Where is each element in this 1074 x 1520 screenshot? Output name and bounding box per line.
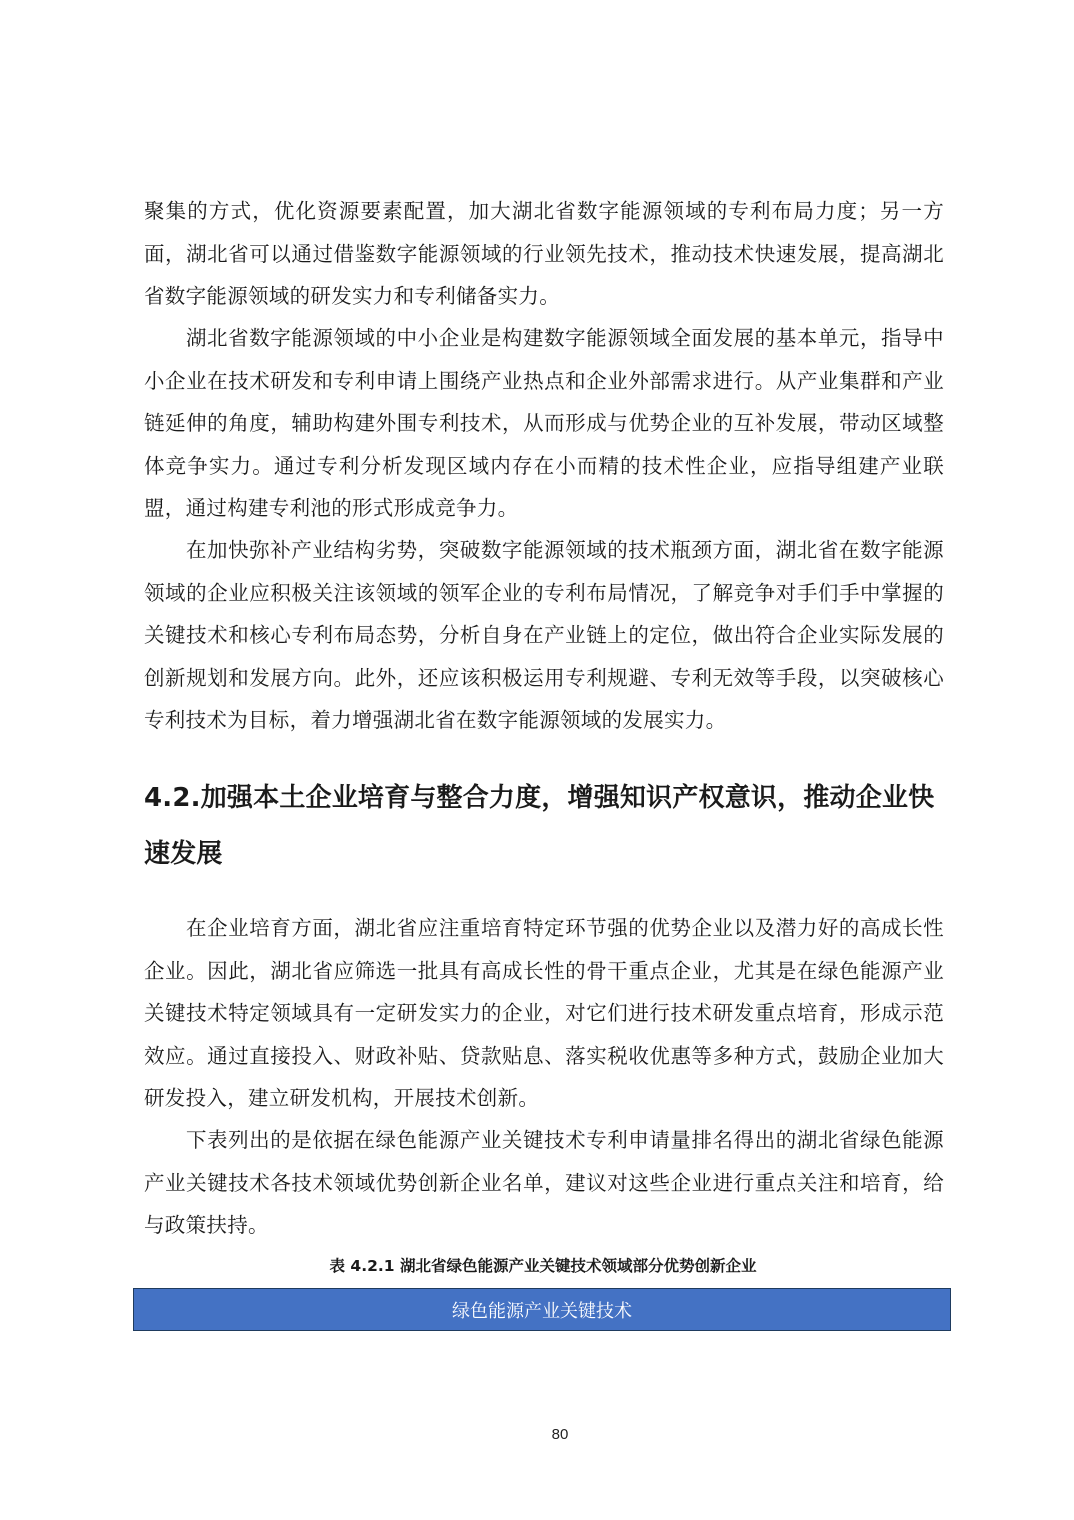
table-caption: 表 4.2.1 湖北省绿色能源产业关键技术领域部分优势创新企业 [134,1253,952,1279]
table-header-row: 绿色能源产业关键技术 [133,1288,951,1331]
page-number: 80 [0,1426,1074,1443]
paragraph-table-intro: 下表列出的是依据在绿色能源产业关键技术专利申请量排名得出的湖北省绿色能源产业关键… [144,1119,944,1247]
table-header-cell: 绿色能源产业关键技术 [452,1297,632,1323]
document-page: 聚集的方式，优化资源要素配置，加大湖北省数字能源领域的专利布局力度；另一方面，湖… [0,0,1074,1520]
paragraph-continued: 聚集的方式，优化资源要素配置，加大湖北省数字能源领域的专利布局力度；另一方面，湖… [144,190,944,318]
section-heading-4-2: 4.2.加强本土企业培育与整合力度，增强知识产权意识，推动企业快速发展 [144,770,944,882]
paragraph-industry-weakness: 在加快弥补产业结构劣势，突破数字能源领域的技术瓶颈方面，湖北省在数字能源领域的企… [144,529,944,742]
paragraph-enterprise-cultivation: 在企业培育方面，湖北省应注重培育特定环节强的优势企业以及潜力好的高成长性企业。因… [144,907,944,1120]
paragraph-sme-development: 湖北省数字能源领域的中小企业是构建数字能源领域全面发展的基本单元，指导中小企业在… [144,317,944,530]
